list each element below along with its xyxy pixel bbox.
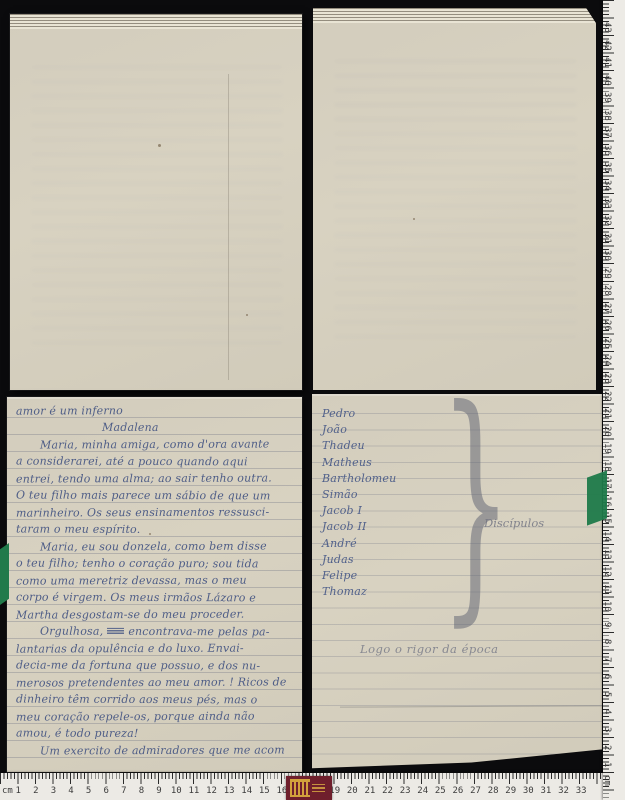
top-right-blank-page	[313, 8, 596, 390]
apostle-name: Jacob I	[322, 503, 396, 519]
ruler-mark: 13	[224, 786, 235, 796]
apostle-name: Thomaz	[322, 584, 396, 600]
ruler-mark: 14	[241, 786, 252, 796]
paper-speck	[158, 144, 161, 147]
letter-line: entrei, tendo uma alma; ao sair tenho ou…	[16, 469, 296, 487]
ruler-mark: 38	[602, 110, 612, 121]
letter-line: a considerarei, até a pouco quando aqui	[16, 453, 296, 471]
ruler-mark: 14	[602, 531, 612, 542]
apostle-name: Judas	[322, 552, 396, 568]
ruler-mark: 34	[602, 180, 612, 191]
handwritten-letter: amor é um inferno Madalena Maria, minha …	[16, 402, 296, 759]
ruler-mark: 40	[602, 75, 612, 86]
ruler-mark: 1	[602, 762, 612, 767]
ruler-mark: 10	[602, 601, 612, 612]
ruler-mark: 28	[602, 285, 612, 296]
letter-text: encontrava-me pelas pa-	[128, 625, 269, 638]
scanned-notebook-photo: amor é um inferno Madalena Maria, minha …	[0, 0, 625, 800]
ruler-mark: 37	[602, 127, 612, 138]
ruler-mark: 20	[602, 426, 612, 437]
ruler-mark: 24	[602, 355, 612, 366]
ruler-mark: 27	[602, 303, 612, 314]
ruler-mark: 3	[602, 727, 612, 732]
ruler-mark: cm	[2, 786, 13, 796]
ruler-mark: 5	[602, 692, 612, 697]
brace-label: Discípulos	[484, 516, 544, 530]
scratched-out-word	[107, 628, 124, 635]
ruler-mark: 10	[171, 786, 182, 796]
apostle-name: João	[322, 422, 396, 438]
letter-line: taram o meu espírito.	[16, 521, 296, 539]
ruler-mark: 43	[602, 22, 612, 33]
letter-line: lantarias da opulência e do luxo. Envai-	[16, 639, 296, 657]
letter-page: amor é um inferno Madalena Maria, minha …	[7, 397, 302, 772]
ruler-mark: 23	[400, 786, 411, 796]
paper-speck	[149, 533, 151, 535]
ruler-mark: 32	[602, 215, 612, 226]
library-building-icon	[290, 779, 310, 797]
ruler-mark: 22	[602, 391, 612, 402]
ruler-mark: 19	[602, 443, 612, 454]
ruler-mark: 2	[33, 786, 38, 796]
ruler-mark: 31	[602, 233, 612, 244]
letter-line: amor é um inferno	[16, 401, 296, 419]
green-marker-left	[0, 543, 9, 605]
ruler-mark: 31	[541, 786, 552, 796]
ruler-mark: 27	[470, 786, 481, 796]
ruler-mark: 7	[602, 657, 612, 662]
ruler-mark: 41	[602, 57, 612, 68]
ruler-mark: 33	[576, 786, 587, 796]
ruler-mark: 26	[602, 320, 612, 331]
ruler-mark: 6	[104, 786, 109, 796]
ruler-mark: 29	[602, 268, 612, 279]
paper-speck	[246, 314, 248, 316]
ruler-mark: 9	[602, 622, 612, 627]
ruler-mark: cm	[602, 775, 612, 786]
ruler-mark: 23	[602, 373, 612, 384]
letter-line: Maria, minha amiga, como d'ora avante	[16, 435, 296, 453]
ruler-mark: 12	[602, 566, 612, 577]
apostle-name: Simão	[322, 487, 396, 503]
ruler-mark: 21	[602, 408, 612, 419]
ruler-mark: 1	[16, 786, 21, 796]
curly-brace-icon: }	[440, 404, 512, 599]
ruler-mark: 22	[382, 786, 393, 796]
letter-line: marinheiro. Os seus ensinamentos ressusc…	[16, 503, 296, 521]
page-stack-edges	[10, 14, 302, 29]
ruler-mark: 12	[206, 786, 217, 796]
ruler-mark: 6	[602, 674, 612, 679]
ruler-mark: 29	[505, 786, 516, 796]
ruler-mark: 33	[602, 198, 612, 209]
green-marker-right	[587, 470, 607, 525]
letter-line: Martha desgostam-se do meu proceder.	[16, 605, 296, 623]
letter-line: Um exercito de admiradores que me acom	[16, 741, 296, 759]
stamp-text-lines	[312, 782, 325, 795]
letter-line: decia-me da fortuna que possuo, e dos nu…	[16, 657, 296, 675]
ink-bleedthrough	[32, 54, 282, 350]
ruler-mark: 15	[259, 786, 270, 796]
ruler-mark: 4	[602, 709, 612, 714]
apostle-name: Pedro	[322, 406, 396, 422]
ruler-mark: 42	[602, 40, 612, 51]
ruler-mark: 7	[121, 786, 126, 796]
ruler-mark: 11	[189, 786, 200, 796]
ruler-mark: 28	[488, 786, 499, 796]
ruler-mark: 39	[602, 92, 612, 103]
ruler-mark: 24	[417, 786, 428, 796]
page-stack-edges	[313, 8, 596, 23]
letter-line: o teu filho; tenho o coração puro; sou t…	[16, 555, 296, 573]
ruler-mark: 25	[435, 786, 446, 796]
apostle-name: Jacob II	[322, 519, 396, 535]
paper-speck	[413, 218, 415, 220]
ruler-mark: 2	[602, 745, 612, 750]
apostle-name-list: Pedro João Thadeu Matheus Bartholomeu Si…	[322, 406, 396, 600]
letter-line: dinheiro têm corrido aos meus pés, mas o	[16, 691, 296, 709]
ruler-mark: 30	[523, 786, 534, 796]
letter-line: merosos pretendentes ao meu amor. ! Rico…	[16, 673, 296, 691]
ink-bleedthrough	[335, 48, 576, 350]
library-stamp	[286, 776, 332, 800]
ruler-mark: 21	[365, 786, 376, 796]
pencil-note: Logo o rigor da época	[360, 642, 498, 656]
right-ruler: 4342414039383736353433323130292827262524…	[603, 0, 625, 800]
ruler-mark: 13	[602, 549, 612, 560]
ruler-mark: 26	[453, 786, 464, 796]
letter-line: amou, é todo pureza!	[16, 725, 296, 743]
page-crease	[228, 74, 229, 380]
letter-line: Maria, eu sou donzela, como bem disse	[16, 537, 296, 555]
top-left-blank-page	[10, 14, 302, 390]
ruler-mark: 8	[139, 786, 144, 796]
ruler-mark: 32	[558, 786, 569, 796]
letter-line-madalena: Madalena	[16, 419, 296, 437]
ruler-mark: 4	[68, 786, 73, 796]
apostle-name: Bartholomeu	[322, 471, 396, 487]
letter-line-with-strikeout: Orgulhosa,encontrava-me pelas pa-	[16, 623, 296, 641]
ruler-mark: 11	[602, 584, 612, 595]
apostle-name: Felipe	[322, 568, 396, 584]
ruler-mark: 3	[51, 786, 56, 796]
ruler-mark: 25	[602, 338, 612, 349]
ruler-mark: 30	[602, 250, 612, 261]
ruler-mark: 35	[602, 162, 612, 173]
ruler-mark: 18	[602, 461, 612, 472]
letter-text: Orgulhosa,	[40, 625, 103, 638]
letter-line: meu coração repele-os, porque ainda não	[16, 707, 296, 725]
letter-line: corpo é virgem. Os meus irmãos Lázaro e	[16, 589, 296, 607]
page-edge	[7, 397, 302, 399]
apostle-name: Matheus	[322, 455, 396, 471]
ruler-mark: 5	[86, 786, 91, 796]
apostle-name: Thadeu	[322, 438, 396, 454]
ruler-mark: 8	[602, 639, 612, 644]
ruler-mark: 36	[602, 145, 612, 156]
ruler-mark: 9	[156, 786, 161, 796]
apostle-name: André	[322, 536, 396, 552]
ruler-mark: 20	[347, 786, 358, 796]
names-page: Pedro João Thadeu Matheus Bartholomeu Si…	[312, 394, 602, 772]
letter-line: O teu filho mais parece um sábio de que …	[16, 487, 296, 505]
letter-line: como uma meretriz devassa, mas o meu	[16, 571, 296, 589]
